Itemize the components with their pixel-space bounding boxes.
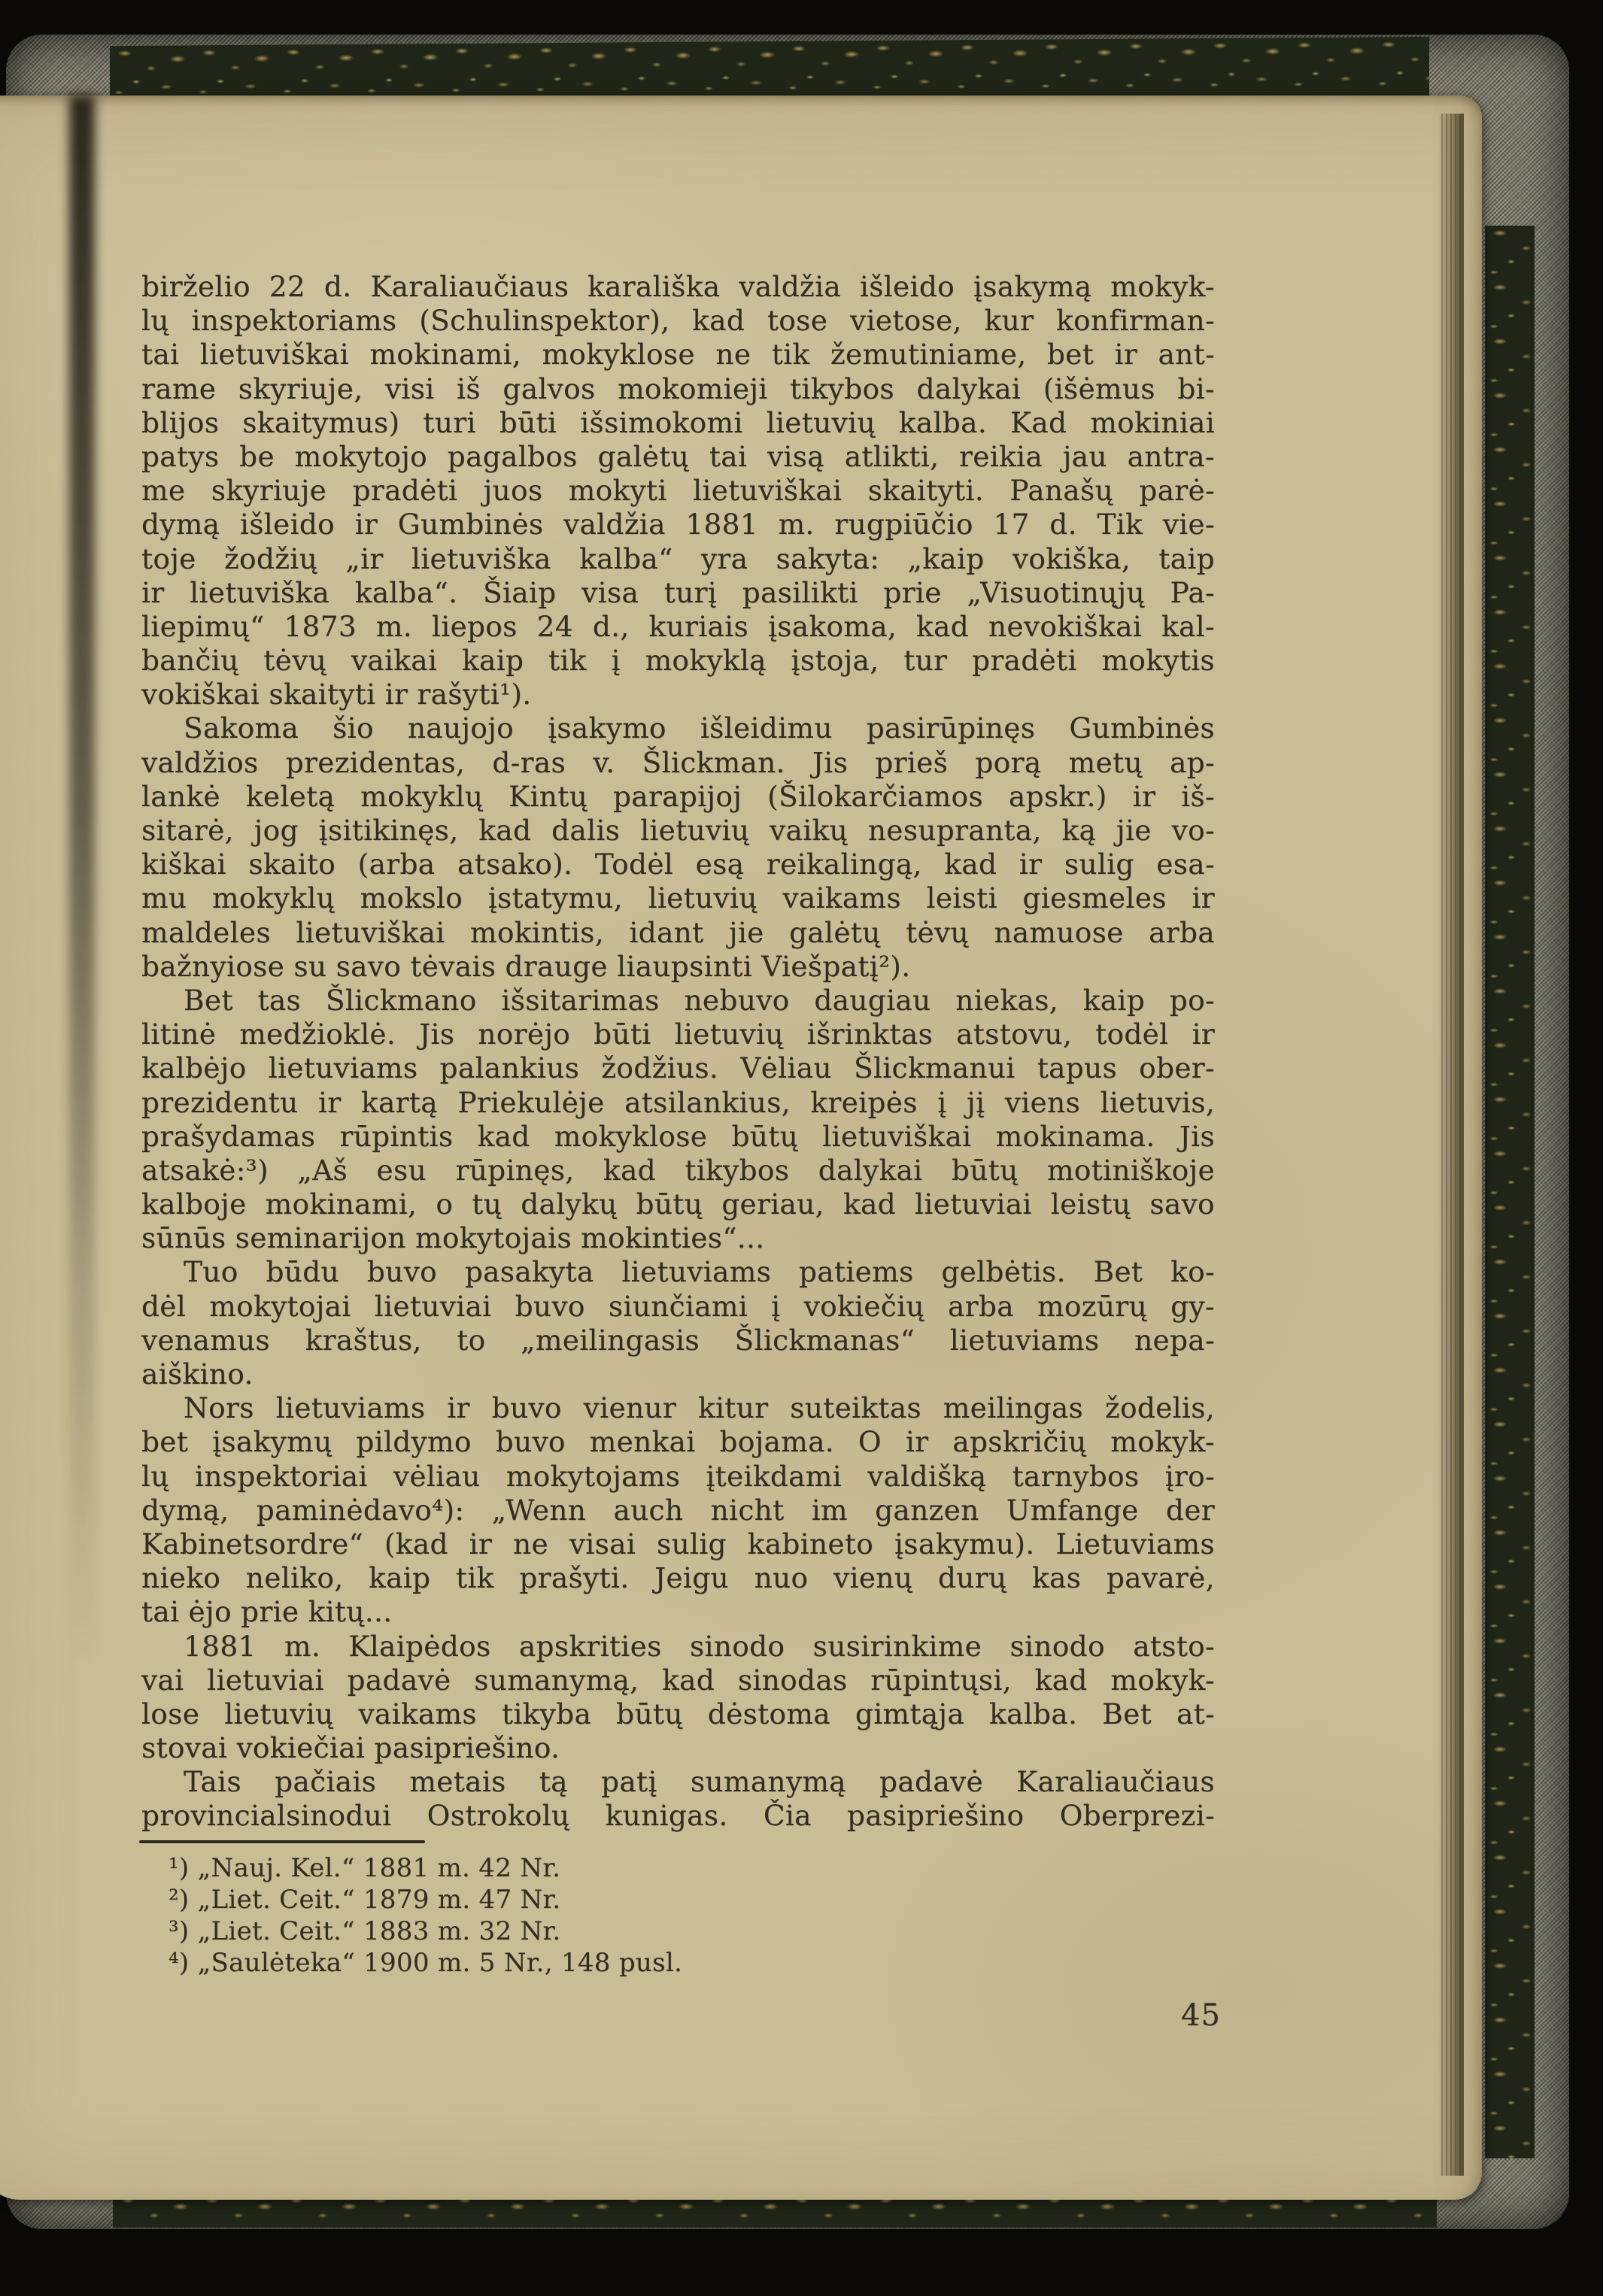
body-text: birželio22d.Karaliaučiauskarališkavaldži… bbox=[141, 270, 1215, 1833]
book-scan: birželio22d.Karaliaučiauskarališkavaldži… bbox=[0, 0, 1603, 2296]
footnote-line: ¹) „Nauj. Kel.“ 1881 m. 42 Nr. bbox=[141, 1852, 969, 1884]
body-line: venamuskraštus,to„meilingasisŠlickmanas“… bbox=[141, 1324, 1215, 1357]
footnote-line: ³) „Liet. Ceit.“ 1883 m. 32 Nr. bbox=[141, 1915, 969, 1947]
body-line: Tuobūdubuvopasakytalietuviamspatiemsgelb… bbox=[141, 1255, 1215, 1289]
body-line: dymąišleidoirGumbinėsvaldžia1881m.rugpiū… bbox=[141, 508, 1215, 541]
body-line: liepimų“1873m.liepos24d.,kuriaisįsakoma,… bbox=[141, 610, 1215, 644]
body-line: lankėkeletąmokyklųKintųparapijoj(Šilokar… bbox=[141, 780, 1215, 814]
body-line: tailietuviškaimokinami,mokyklosenetikžem… bbox=[141, 338, 1215, 372]
body-line: toježodžių„irlietuviškakalba“yrasakyta:„… bbox=[141, 542, 1215, 576]
body-line: sūnūs seminarijon mokytojais mokinties“.… bbox=[141, 1221, 1215, 1255]
body-line: rameskyriuje,visiišgalvosmokomiejitikybo… bbox=[141, 372, 1215, 406]
body-line: loselietuviųvaikamstikybabūtųdėstomagimt… bbox=[141, 1697, 1215, 1731]
body-line: kiškaiskaito(arbaatsako).Todėlesąreikali… bbox=[141, 848, 1215, 881]
body-line: stovai vokiečiai pasipriešino. bbox=[141, 1731, 1215, 1765]
body-line: blijosskaitymus)turibūtiišsimokomilietuv… bbox=[141, 406, 1215, 440]
body-line: provincialsinoduiOstrokolųkunigas.Čiapas… bbox=[141, 1799, 1215, 1833]
body-line: sitarė,jogįsitikinęs,kaddalislietuviųvai… bbox=[141, 814, 1215, 848]
book-page: birželio22d.Karaliaučiauskarališkavaldži… bbox=[0, 96, 1482, 2200]
book-board-edge-right bbox=[1485, 226, 1535, 2158]
body-line: birželio22d.Karaliaučiauskarališkavaldži… bbox=[141, 270, 1215, 304]
body-line: TaispačiaismetaistąpatįsumanymąpadavėKar… bbox=[141, 1765, 1215, 1799]
body-line: 1881m.Klaipėdosapskritiessinodosusirinki… bbox=[141, 1630, 1215, 1664]
gutter-shadow bbox=[69, 96, 95, 1675]
body-line: maldeleslietuviškaimokintis,idantjiegalė… bbox=[141, 916, 1215, 950]
body-line: mumokyklųmoksloįstatymu,lietuviųvaikamsl… bbox=[141, 881, 1215, 915]
body-line: BettasŠlickmanoišsitarimasnebuvodaugiaun… bbox=[141, 984, 1215, 1018]
body-line: atsakė:³)„Ašesurūpinęs,kadtikybosdalykai… bbox=[141, 1154, 1215, 1187]
body-line: Norslietuviamsirbuvovienurkitursuteiktas… bbox=[141, 1391, 1215, 1425]
body-line: betįsakymųpildymobuvomenkaibojama.Oiraps… bbox=[141, 1425, 1215, 1459]
footnote-line: ⁴) „Saulėteka“ 1900 m. 5 Nr., 148 pusl. bbox=[141, 1947, 969, 1979]
body-line: vailietuviaipadavėsumanymą,kadsinodasrūp… bbox=[141, 1664, 1215, 1697]
body-line: lųinspektoriaivėliaumokytojamsįteikdamiv… bbox=[141, 1460, 1215, 1494]
footnote-separator bbox=[139, 1840, 425, 1843]
body-line: vokiškai skaityti ir rašyti¹). bbox=[141, 678, 1215, 711]
body-line: kalbojemokinami,otųdalykųbūtųgeriau,kadl… bbox=[141, 1187, 1215, 1221]
footnote-line: ²) „Liet. Ceit.“ 1879 m. 47 Nr. bbox=[141, 1884, 969, 1915]
body-line: bančiųtėvųvaikaikaiptikįmokykląįstoja,tu… bbox=[141, 644, 1215, 678]
body-line: dymą,paminėdavo⁴):„Wennauchnichtimganzen… bbox=[141, 1494, 1215, 1527]
body-line: litinėmedžioklė.Jisnorėjobūtilietuviųišr… bbox=[141, 1018, 1215, 1051]
body-line: prezidentuirkartąPriekulėjeatsilankius,k… bbox=[141, 1086, 1215, 1120]
body-line: tai ėjo prie kitų... bbox=[141, 1595, 1215, 1629]
body-line: dėlmokytojailietuviaibuvosiunčiamiįvokie… bbox=[141, 1290, 1215, 1324]
body-line: kalbėjolietuviamspalankiusžodžius.Vėliau… bbox=[141, 1051, 1215, 1085]
body-line: niekoneliko,kaiptikprašyti.Jeigunuovienų… bbox=[141, 1561, 1215, 1595]
body-line: meskyriujepradėtijuosmokytilietuviškaisk… bbox=[141, 474, 1215, 508]
footnotes: ¹) „Nauj. Kel.“ 1881 m. 42 Nr.²) „Liet. … bbox=[141, 1852, 969, 1979]
body-line: valdžiosprezidentas,d-rasv.Šlickman.Jisp… bbox=[141, 746, 1215, 780]
body-line: patysbemokytojopagalbosgalėtųtaivisąatli… bbox=[141, 440, 1215, 474]
page-edge-stack bbox=[1438, 114, 1464, 2176]
body-line: irlietuviškakalba“.Šiaipvisaturįpasilikt… bbox=[141, 576, 1215, 610]
body-line: lųinspektoriams(Schulinspektor),kadtosev… bbox=[141, 304, 1215, 338]
body-line: Sakomašionaujojoįsakymoišleidimupasirūpi… bbox=[141, 711, 1215, 745]
body-line: prašydamasrūpintiskadmokyklosebūtųlietuv… bbox=[141, 1120, 1215, 1154]
body-line: bažnyiose su savo tėvais drauge liaupsin… bbox=[141, 950, 1215, 984]
body-line: Kabinetsordre“(kadirnevisaisuligkabineto… bbox=[141, 1527, 1215, 1561]
page-number: 45 bbox=[1181, 1998, 1221, 2033]
body-line: aiškino. bbox=[141, 1357, 1215, 1391]
